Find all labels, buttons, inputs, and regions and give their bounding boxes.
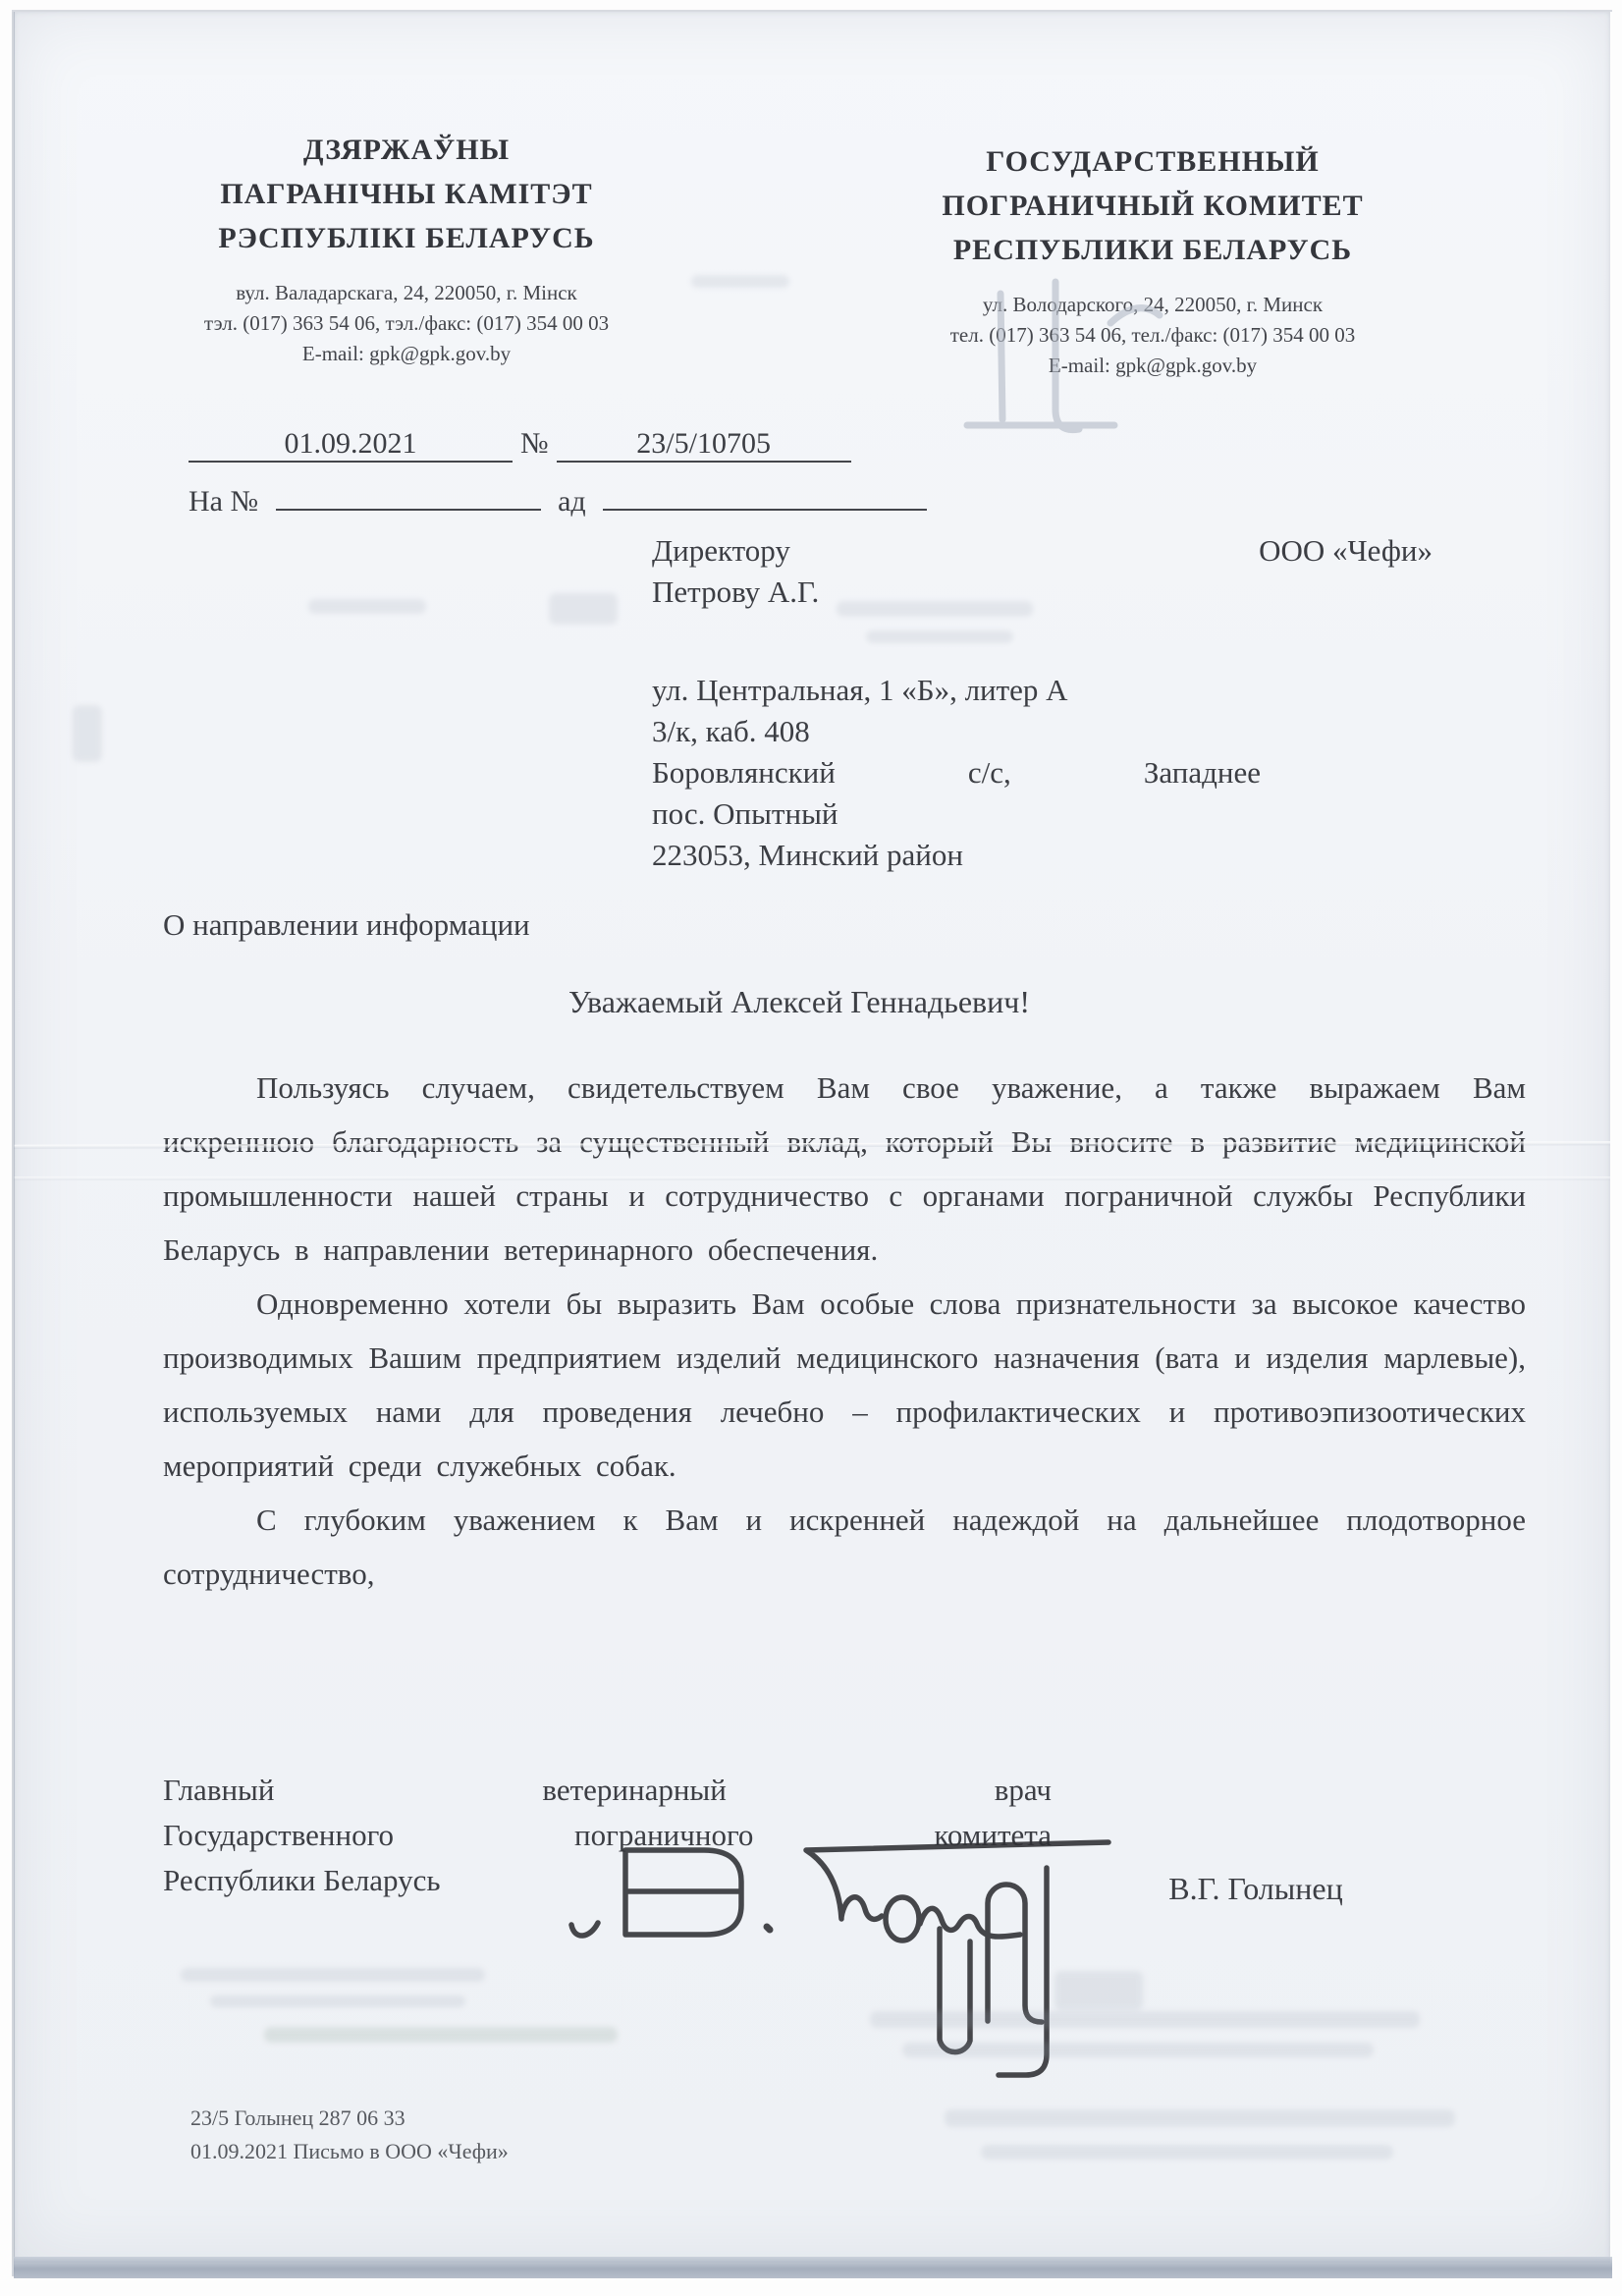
scan-edge — [12, 10, 1612, 12]
outgoing-number-field: 23/5/10705 — [557, 427, 851, 463]
body-paragraph: С глубоким уважением к Вам и искренней н… — [163, 1493, 1526, 1601]
recipient-address-line: 223053, Минский район — [652, 835, 1433, 876]
signoff-word: Государственного — [163, 1813, 394, 1858]
org-name-line: ДЗЯРЖАЎНЫ — [161, 128, 652, 172]
signoff-word: ветеринарный — [542, 1768, 726, 1813]
subject-line: О направлении информации — [163, 907, 530, 943]
number-sign-label: № — [520, 427, 549, 461]
bleed-through-mark — [902, 2043, 1374, 2057]
executor-note: 23/5 Голынец 287 06 33 01.09.2021 Письмо… — [190, 2102, 509, 2168]
recipient-address-line: пос. Опытный — [652, 793, 1433, 835]
executor-line: 01.09.2021 Письмо в ООО «Чефи» — [190, 2135, 509, 2168]
handwritten-signature — [559, 1829, 1118, 2123]
recipient-address-line: ул. Центральная, 1 «Б», литер А — [652, 670, 1433, 711]
letterhead-left: ДЗЯРЖАЎНЫ ПАГРАНІЧНЫ КАМІТЭТ РЭСПУБЛІКІ … — [161, 128, 652, 369]
bleed-through-mark — [210, 1995, 465, 2007]
bleed-through-mark — [870, 2011, 1420, 2028]
scan-edge — [12, 12, 15, 2276]
address-segment: с/с, — [968, 752, 1011, 793]
recipient-block: Директору ООО «Чефи» Петрову А.Г. ул. Це… — [652, 530, 1433, 876]
recipient-name: Петрову А.Г. — [652, 572, 1433, 613]
org-name-line: ГОСУДАРСТВЕННЫЙ — [878, 139, 1428, 184]
bleed-through-mark — [691, 275, 789, 288]
org-name-line: ПОГРАНИЧНЫЙ КОМИТЕТ — [878, 184, 1428, 228]
signoff-word: врач — [995, 1768, 1052, 1813]
reply-label: На № — [189, 485, 258, 518]
reply-reference-line: На № ад — [189, 485, 937, 519]
org-address-line: E-mail: gpk@gpk.gov.by — [161, 339, 652, 369]
bleed-through-mark — [981, 2145, 1393, 2159]
reply-number-blank — [276, 509, 541, 511]
executor-line: 23/5 Голынец 287 06 33 — [190, 2102, 509, 2135]
org-address-line: тэл. (017) 363 54 06, тэл./факс: (017) 3… — [161, 308, 652, 339]
recipient-address-line: 3/к, каб. 408 — [652, 711, 1433, 752]
bleed-through-mark — [181, 1968, 485, 1982]
recipient-company: ООО «Чефи» — [1259, 530, 1433, 572]
signer-name: В.Г. Голынец — [1094, 1871, 1418, 1907]
bleed-through-mark — [866, 630, 1013, 643]
bleed-through-mark — [73, 705, 102, 762]
reply-date-blank — [603, 509, 927, 511]
address-segment: Западнее — [1144, 752, 1261, 793]
bleed-through-mark — [264, 2027, 618, 2043]
body-paragraph: Пользуясь случаем, свидетельствуем Вам с… — [163, 1061, 1526, 1277]
body-paragraph: Одновременно хотели бы выразить Вам особ… — [163, 1277, 1526, 1493]
bleed-through-mark — [837, 601, 1033, 617]
pencil-mark — [961, 262, 1216, 478]
bleed-through-mark — [1054, 1971, 1143, 2010]
paper-sheet: ДЗЯРЖАЎНЫ ПАГРАНІЧНЫ КАМІТЭТ РЭСПУБЛІКІ … — [14, 12, 1610, 2263]
salutation: Уважаемый Алексей Геннадьевич! — [161, 984, 1437, 1020]
org-address-line: вул. Валадарскага, 24, 220050, г. Мінск — [161, 278, 652, 308]
scan-edge-strip — [14, 2257, 1612, 2278]
date-field: 01.09.2021 — [189, 427, 513, 463]
recipient-address-line: Боровлянский с/с, Западнее — [652, 752, 1261, 793]
address-segment: Боровлянский — [652, 752, 836, 793]
bleed-through-mark — [308, 599, 426, 614]
signoff-word: Главный — [163, 1768, 274, 1813]
reply-connector-label: ад — [558, 485, 586, 518]
scanned-letter-page: ДЗЯРЖАЎНЫ ПАГРАНІЧНЫ КАМІТЭТ РЭСПУБЛІКІ … — [0, 0, 1622, 2296]
recipient-title: Директору — [652, 530, 790, 572]
org-name-line: РЭСПУБЛІКІ БЕЛАРУСЬ — [161, 216, 652, 260]
bleed-through-mark — [549, 593, 618, 625]
reference-line: 01.09.2021№23/5/10705 — [189, 427, 851, 463]
bleed-through-mark — [945, 2109, 1455, 2127]
org-name-line: ПАГРАНІЧНЫ КАМІТЭТ — [161, 172, 652, 216]
paper-crease — [14, 1176, 1610, 1180]
